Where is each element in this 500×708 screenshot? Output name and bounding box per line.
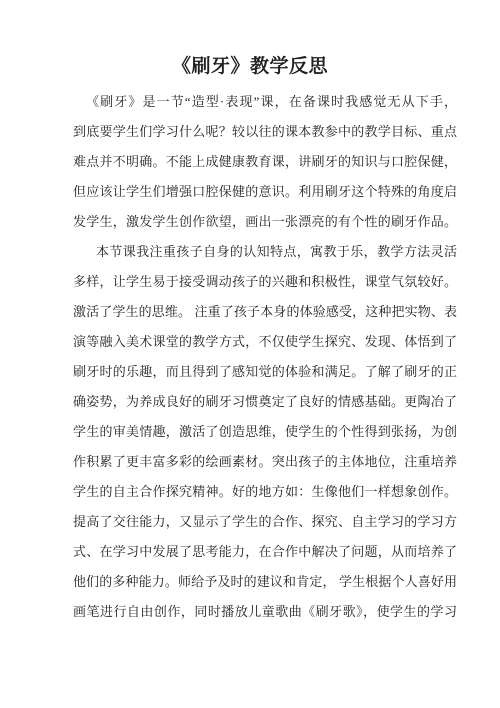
document-page: 《刷牙》教学反思 《刷牙》是一节“造型·表现”课，在备课时我感觉无从下手， 到底… [0, 0, 500, 708]
text-line: 激活了学生的思维。 注重了孩子本身的体验感受，这种把实物、表 [73, 297, 457, 327]
text-line: 到底要学生们学习什么呢？较以往的课本教参中的教学目标、重点 [73, 117, 457, 147]
text-line: 刷牙时的乐趣，而且得到了感知觉的体验和满足。了解了刷牙的正 [73, 357, 457, 387]
text-line: 发学生，激发学生创作欲望，画出一张漂亮的有个性的刷牙作品。 [73, 207, 457, 237]
text-line: 难点并不明确。不能上成健康教育课，讲刷牙的知识与口腔保健， [73, 147, 457, 177]
text-line: 学生的审美情趣，激活了创造思维，使学生的个性得到张扬，为创 [73, 417, 457, 447]
body-text: 《刷牙》是一节“造型·表现”课，在备课时我感觉无从下手， 到底要学生们学习什么呢… [73, 87, 457, 627]
page-title: 《刷牙》教学反思 [0, 54, 500, 80]
text-line: 式、在学习中发展了思考能力，在合作中解决了问题，从而培养了 [73, 537, 457, 567]
text-line: 学生的自主合作探究精神。好的地方如：生像他们一样想象创作。 [73, 477, 457, 507]
text-line: 但应该让学生们增强口腔保健的意识。利用刷牙这个特殊的角度启 [73, 177, 457, 207]
text-line: 本节课我注重孩子自身的认知特点，寓教于乐，教学方法灵活 [73, 237, 457, 267]
text-line: 他们的多种能力。师给予及时的建议和肯定， 学生根据个人喜好用 [73, 567, 457, 597]
text-line: 演等融入美术课堂的教学方式，不仅使学生探究、发现、体悟到了 [73, 327, 457, 357]
text-line: 画笔进行自由创作，同时播放儿童歌曲《刷牙歌》，使学生的学习 [73, 597, 457, 627]
text-line: 多样，让学生易于接受调动孩子的兴趣和积极性，课堂气氛较好。 [73, 267, 457, 297]
text-line: 《刷牙》是一节“造型·表现”课，在备课时我感觉无从下手， [73, 87, 457, 117]
text-line: 确姿势，为养成良好的刷牙习惯奠定了良好的情感基础。更陶冶了 [73, 387, 457, 417]
text-line: 提高了交往能力，又显示了学生的合作、探究、自主学习的学习方 [73, 507, 457, 537]
text-line: 作积累了更丰富多彩的绘画素材。突出孩子的主体地位，注重培养 [73, 447, 457, 477]
